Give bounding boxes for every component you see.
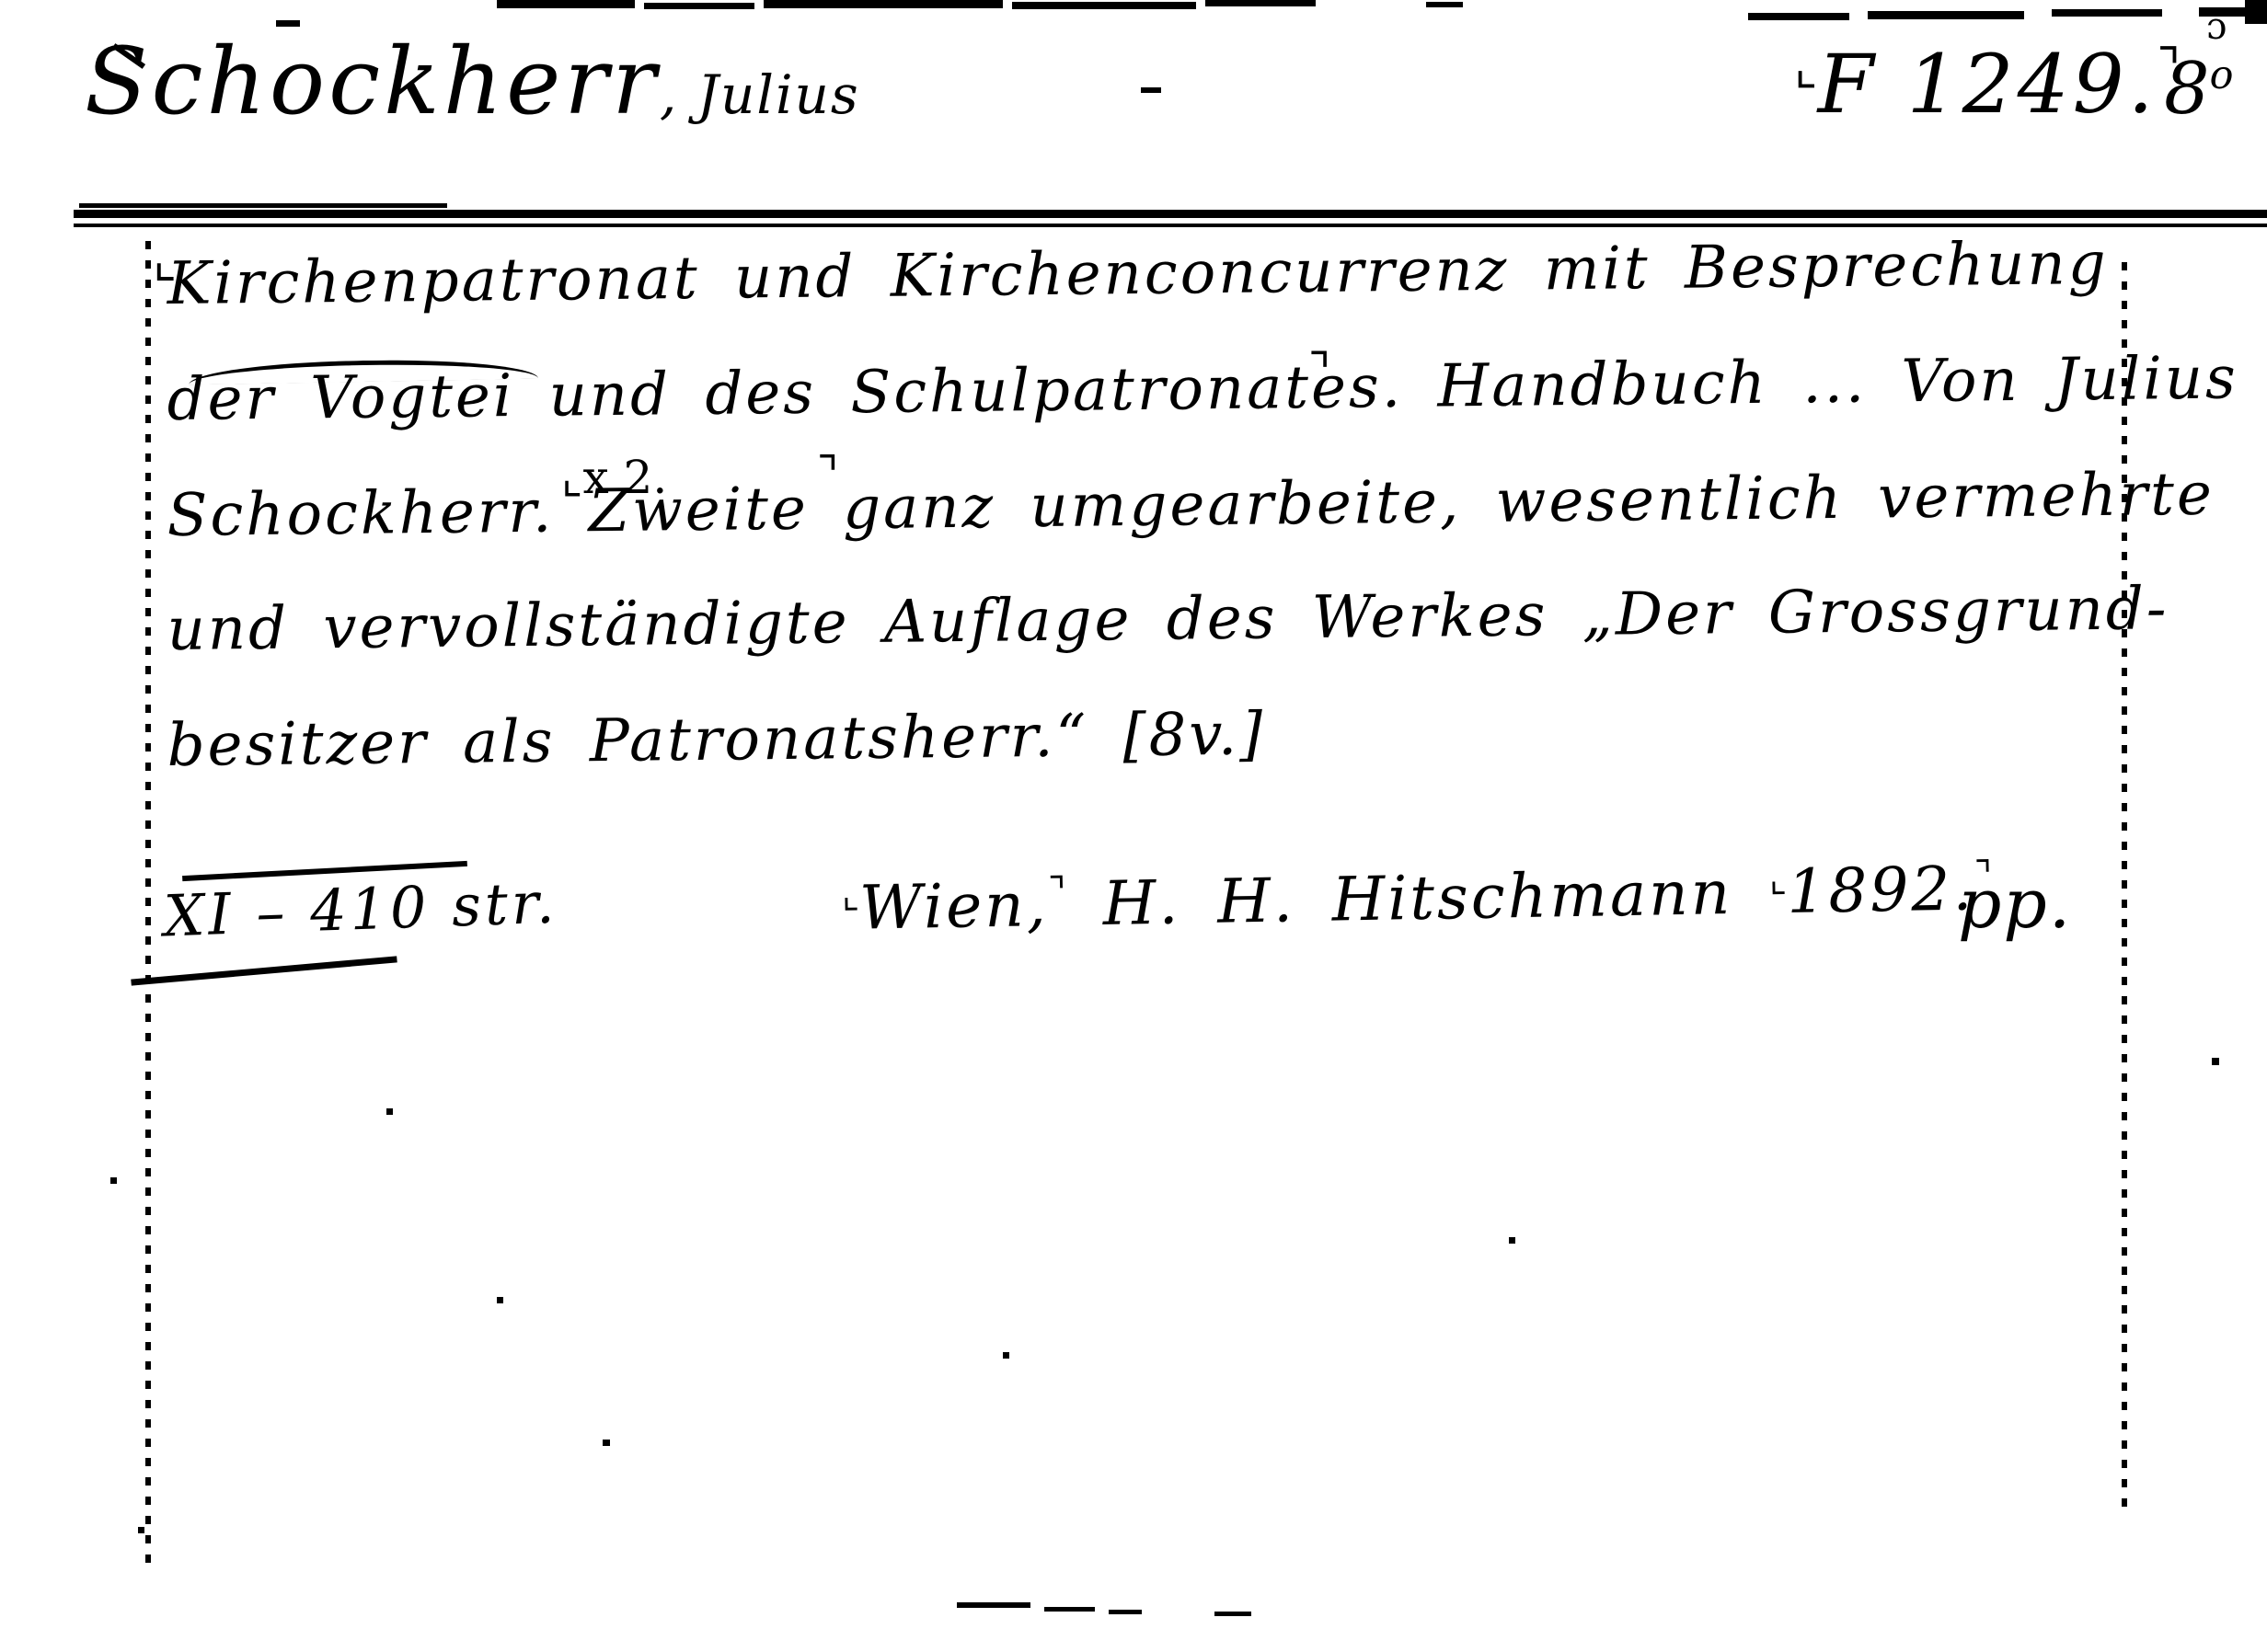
header-rule-thick xyxy=(74,210,2267,218)
scan-artifact xyxy=(386,1108,393,1115)
scan-artifact xyxy=(603,1440,610,1446)
left-dotted-border xyxy=(145,241,151,1566)
title-line: Schockherr. Zweite ganz umgearbeite, wes… xyxy=(167,461,2215,550)
scan-artifact xyxy=(1509,1237,1515,1244)
scan-artifact xyxy=(2052,9,2162,17)
title-line: Kirchenpatronat und Kirchenconcurrenz mi… xyxy=(167,230,2109,318)
scan-artifact xyxy=(1044,1607,1095,1612)
title-line: der Vogtei und des Schulpatronates. Hand… xyxy=(167,344,2238,434)
corner-mark-close-icon: ⌝ xyxy=(1048,869,1066,913)
collation: XI – 410 str. xyxy=(163,869,559,950)
scan-artifact xyxy=(276,20,300,27)
corner-mark-open-icon: ⌞ xyxy=(841,873,859,917)
corner-mark-open-icon: ⌞ xyxy=(1794,38,1818,97)
title-line: besitzer als Patronatsherr.“ [8v.] xyxy=(167,701,1265,780)
scan-artifact xyxy=(644,3,754,9)
scan-artifact xyxy=(1205,0,1316,6)
header-rule-thin xyxy=(74,224,2267,227)
scan-artifact xyxy=(1748,13,1849,20)
shelfmark-number: F 1249. xyxy=(1818,37,2158,132)
flourish-mark: ɔ xyxy=(2206,6,2227,48)
author-forename: , Julius xyxy=(660,63,860,126)
format-ordinal: o xyxy=(2210,52,2234,98)
corner-mark-open-icon: ⌞ xyxy=(1768,856,1787,901)
scan-artifact xyxy=(110,1177,117,1184)
scan-artifact xyxy=(1109,1610,1142,1614)
scan-artifact xyxy=(2245,0,2267,24)
scan-artifact xyxy=(497,0,635,8)
header-rule-ragged xyxy=(79,203,447,208)
shelfmark: ⌞F 1249.⌝ xyxy=(1794,37,2181,132)
imprint-place: Wien, xyxy=(859,869,1050,944)
imprint: ⌞Wien,⌝ H. H. Hitschmann ⌞1892.⌝ xyxy=(841,853,1993,944)
right-dotted-border xyxy=(2122,262,2127,1509)
format-number: 8 xyxy=(2164,48,2210,131)
scan-artifact xyxy=(138,1527,144,1533)
scan-artifact xyxy=(497,1297,503,1303)
heading-author: Schockherr, Julius xyxy=(85,28,860,135)
scan-artifact xyxy=(1012,2,1196,9)
format-statement: 8o xyxy=(2164,48,2233,131)
scan-artifact xyxy=(1003,1352,1009,1359)
title-line: und vervollständigte Auflage des Werkes … xyxy=(167,575,2169,664)
scan-artifact xyxy=(1214,1612,1251,1616)
catalog-card: Schockherr, Julius ⌞F 1249.⌝ 8o ɔ ⌞ ⌝ ⌞x… xyxy=(0,0,2267,1652)
scan-artifact xyxy=(2212,1058,2219,1065)
collation-underline xyxy=(131,956,397,985)
imprint-publisher: H. H. Hitschmann xyxy=(1102,857,1733,939)
scan-artifact xyxy=(957,1602,1030,1608)
author-surname: Schockherr xyxy=(85,28,660,135)
scan-artifact xyxy=(1141,87,1161,93)
scan-artifact xyxy=(764,0,1003,8)
imprint-year: 1892. xyxy=(1787,853,1975,927)
scan-artifact xyxy=(1868,11,2024,19)
scan-artifact xyxy=(1426,2,1463,7)
pp-note: pp. xyxy=(1958,865,2072,944)
